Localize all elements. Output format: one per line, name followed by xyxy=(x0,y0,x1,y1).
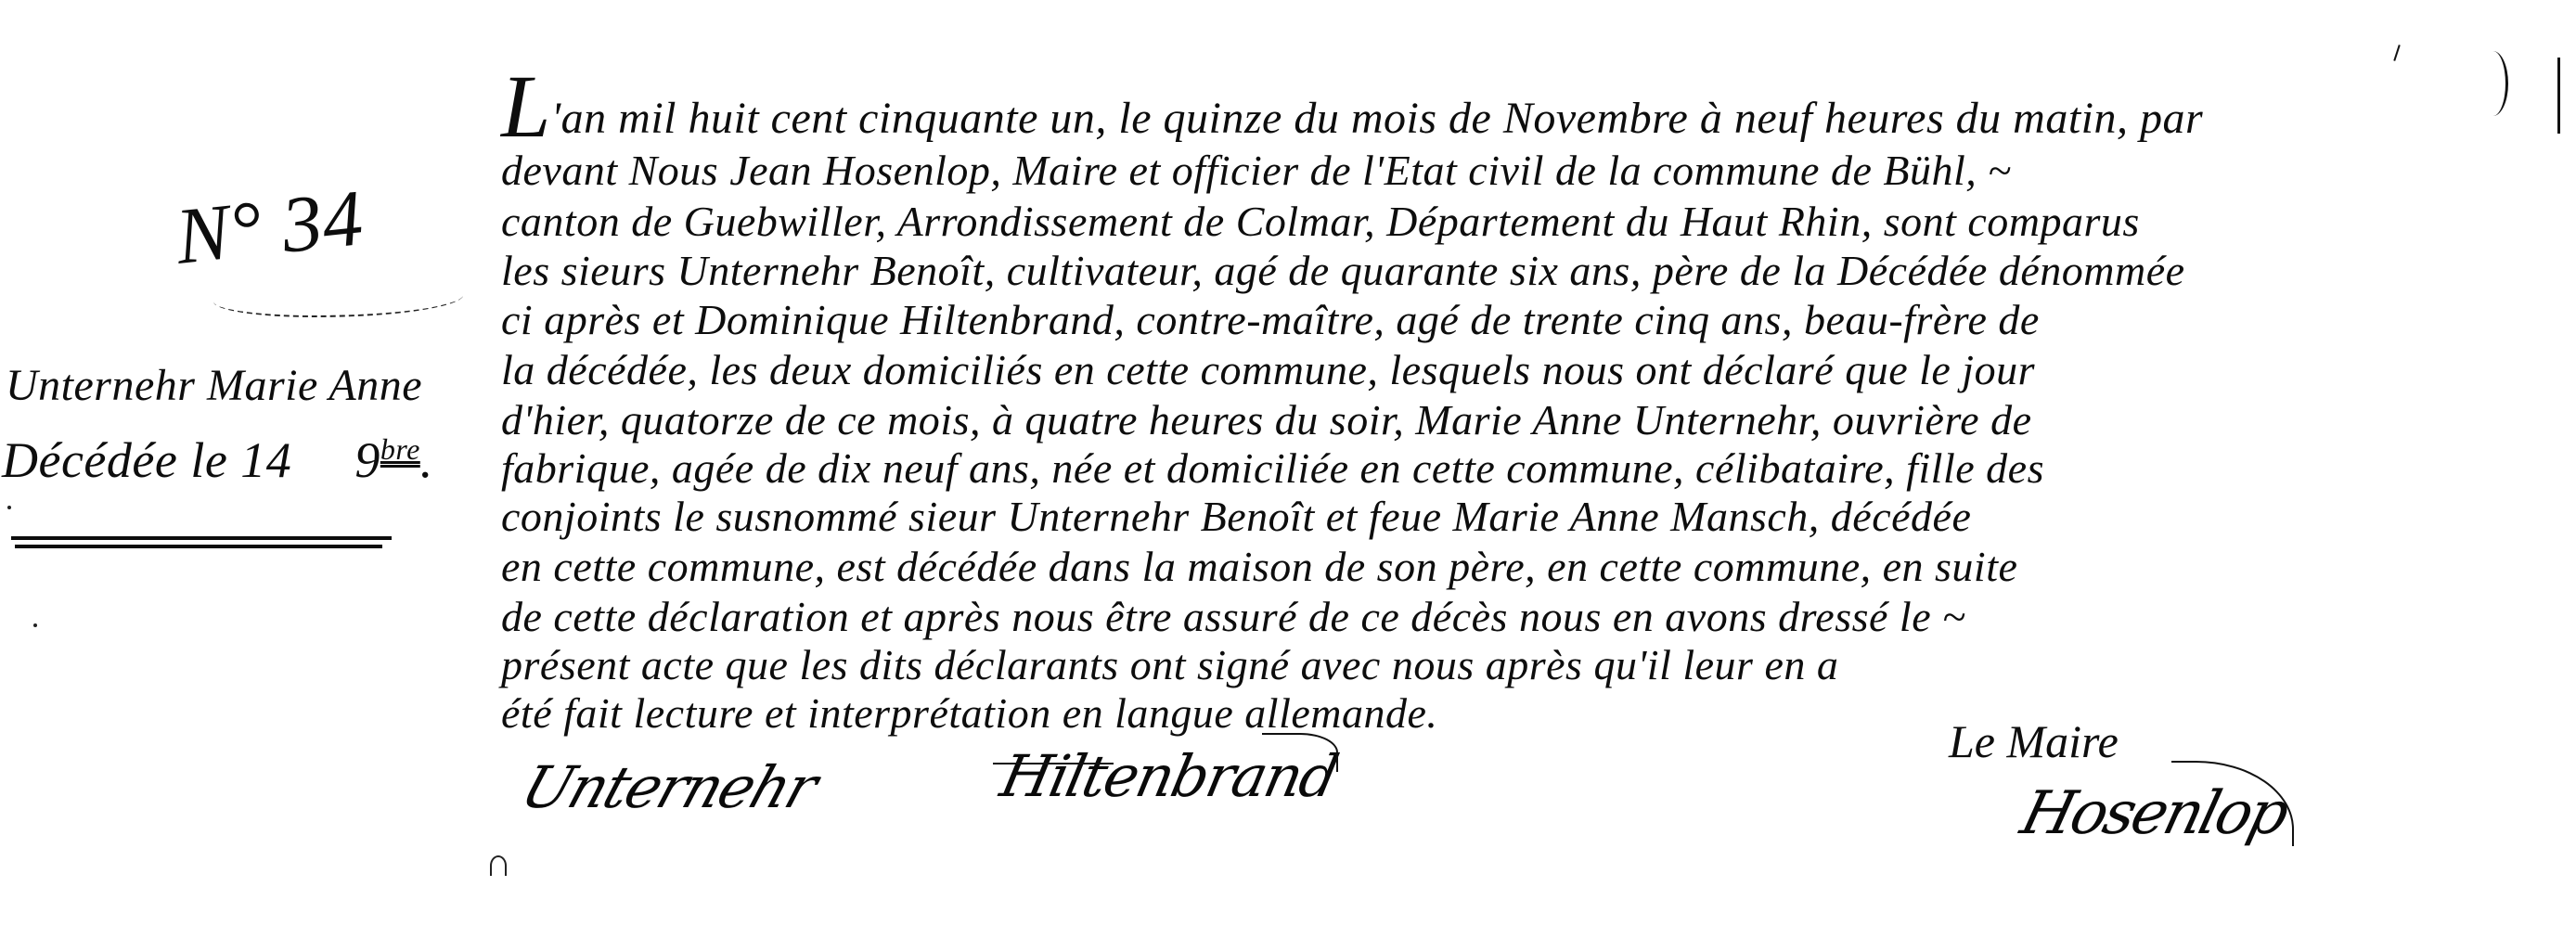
margin-rule-top xyxy=(11,536,392,540)
mayor-title: Le Maire xyxy=(1949,714,2119,768)
record-line-9: conjoints le susnommé sieur Unternehr Be… xyxy=(501,492,2543,541)
record-line-12: présent acte que les dits déclarants ont… xyxy=(501,640,2543,689)
page-edge-mark xyxy=(2557,58,2560,134)
margin-deceased-name: Unternehr Marie Anne xyxy=(6,360,422,411)
signature-declarant-unternehr: Unternehr xyxy=(513,753,824,821)
tick-mark xyxy=(2393,45,2400,61)
record-line-3: canton de Guebwiller, Arrondissement de … xyxy=(501,197,2543,246)
stray-ink-dot xyxy=(7,506,11,509)
record-line-4: les sieurs Unternehr Benoît, cultivateur… xyxy=(501,246,2543,295)
margin-rule-bottom xyxy=(15,545,382,548)
stray-ink-dot xyxy=(33,623,37,627)
record-line-7: d'hier, quatorze de ce mois, à quatre he… xyxy=(501,395,2543,444)
record-line-text: 'an mil huit cent cinquante un, le quinz… xyxy=(551,94,2203,143)
act-number: N° 34 xyxy=(172,171,367,283)
record-line-5: ci après et Dominique Hiltenbrand, contr… xyxy=(501,295,2543,344)
record-line-10: en cette commune, est décédée dans la ma… xyxy=(501,542,2543,591)
stray-ink-mark xyxy=(490,855,507,876)
record-line-6: la décédée, les deux domiciliés en cette… xyxy=(501,345,2543,394)
margin-death-date: Décédée le 14 9bre. xyxy=(2,431,433,489)
drop-cap: L xyxy=(501,57,551,156)
record-line-1: L'an mil huit cent cinquante un, le quin… xyxy=(501,93,2543,144)
margin-date-month-suffix: bre xyxy=(380,432,420,466)
record-line-11: de cette déclaration et après nous être … xyxy=(501,592,2543,641)
record-line-13: été fait lecture et interprétation en la… xyxy=(501,688,2543,738)
signature-strike-flourish xyxy=(993,763,1114,764)
record-line-8: fabrique, agée de dix neuf ans, née et d… xyxy=(501,443,2543,493)
margin-date-month: 9 xyxy=(354,432,380,488)
margin-date-label: Décédée le 14 xyxy=(2,432,291,488)
mayor-signature-flourish xyxy=(2171,761,2294,846)
act-number-flourish xyxy=(213,278,464,317)
margin-date-terminator: . xyxy=(420,432,433,488)
signature-loop-flourish xyxy=(1262,733,1338,772)
record-line-2: devant Nous Jean Hosenlop, Maire et offi… xyxy=(501,146,2543,195)
civil-record-page: N° 34 Unternehr Marie Anne Décédée le 14… xyxy=(0,0,2576,925)
